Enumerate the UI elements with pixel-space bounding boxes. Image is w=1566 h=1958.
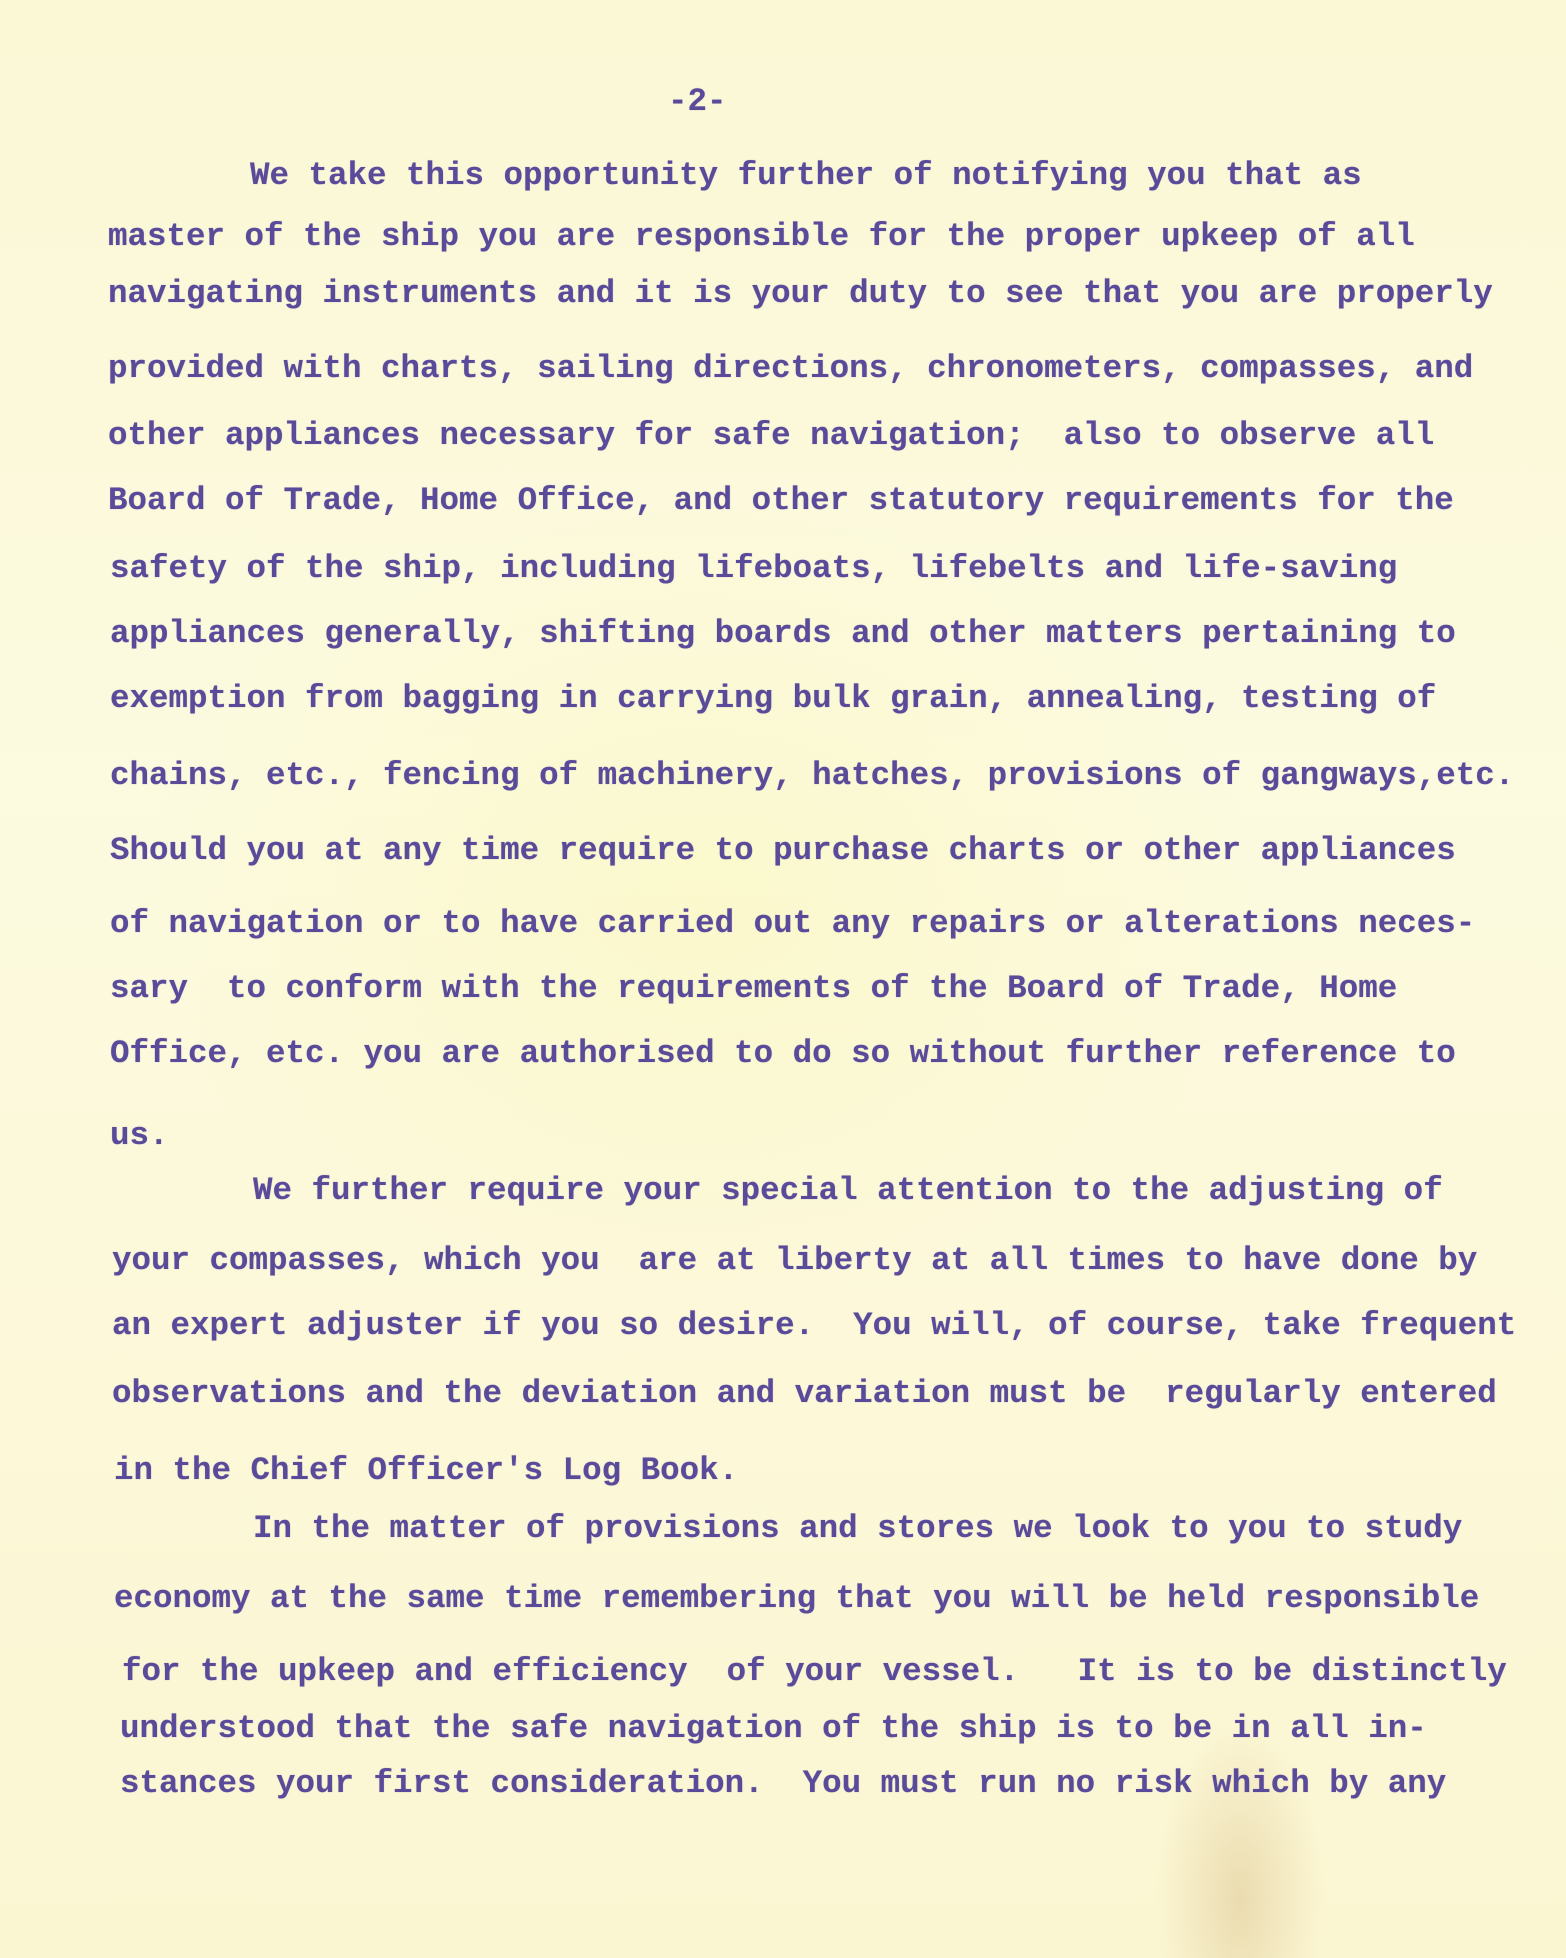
text-line: Should you at any time require to purcha… xyxy=(110,835,1456,868)
text-line: Office, etc. you are authorised to do so… xyxy=(110,1038,1456,1071)
text-line: stances your first consideration. You mu… xyxy=(120,1768,1446,1801)
text-line: observations and the deviation and varia… xyxy=(112,1378,1497,1411)
page-number: -2- xyxy=(668,86,727,119)
text-line: chains, etc., fencing of machinery, hatc… xyxy=(110,760,1514,793)
text-line: understood that the safe navigation of t… xyxy=(120,1713,1427,1746)
text-line: for the upkeep and efficiency of your ve… xyxy=(122,1656,1507,1689)
text-line: master of the ship you are responsible f… xyxy=(108,221,1415,254)
text-line: us. xyxy=(110,1120,169,1153)
text-line: of navigation or to have carried out any… xyxy=(110,908,1475,941)
text-line: economy at the same time remembering tha… xyxy=(114,1583,1479,1616)
text-line: in the Chief Officer's Log Book. xyxy=(114,1455,738,1488)
text-line: Board of Trade, Home Office, and other s… xyxy=(108,485,1454,518)
text-line: other appliances necessary for safe navi… xyxy=(108,420,1434,453)
text-line: sary to conform with the requirements of… xyxy=(110,973,1397,1006)
text-line: safety of the ship, including lifeboats,… xyxy=(110,553,1397,586)
text-line: provided with charts, sailing directions… xyxy=(108,353,1473,386)
text-line: an expert adjuster if you so desire. You… xyxy=(112,1310,1516,1343)
text-line: exemption from bagging in carrying bulk … xyxy=(110,683,1436,716)
text-line: navigating instruments and it is your du… xyxy=(108,278,1493,311)
text-line: In the matter of provisions and stores w… xyxy=(253,1513,1462,1546)
text-line: appliances generally, shifting boards an… xyxy=(110,618,1456,651)
text-line: We take this opportunity further of noti… xyxy=(250,160,1362,193)
text-line: We further require your special attentio… xyxy=(253,1175,1443,1208)
text-line: your compasses, which you are at liberty… xyxy=(112,1245,1477,1278)
